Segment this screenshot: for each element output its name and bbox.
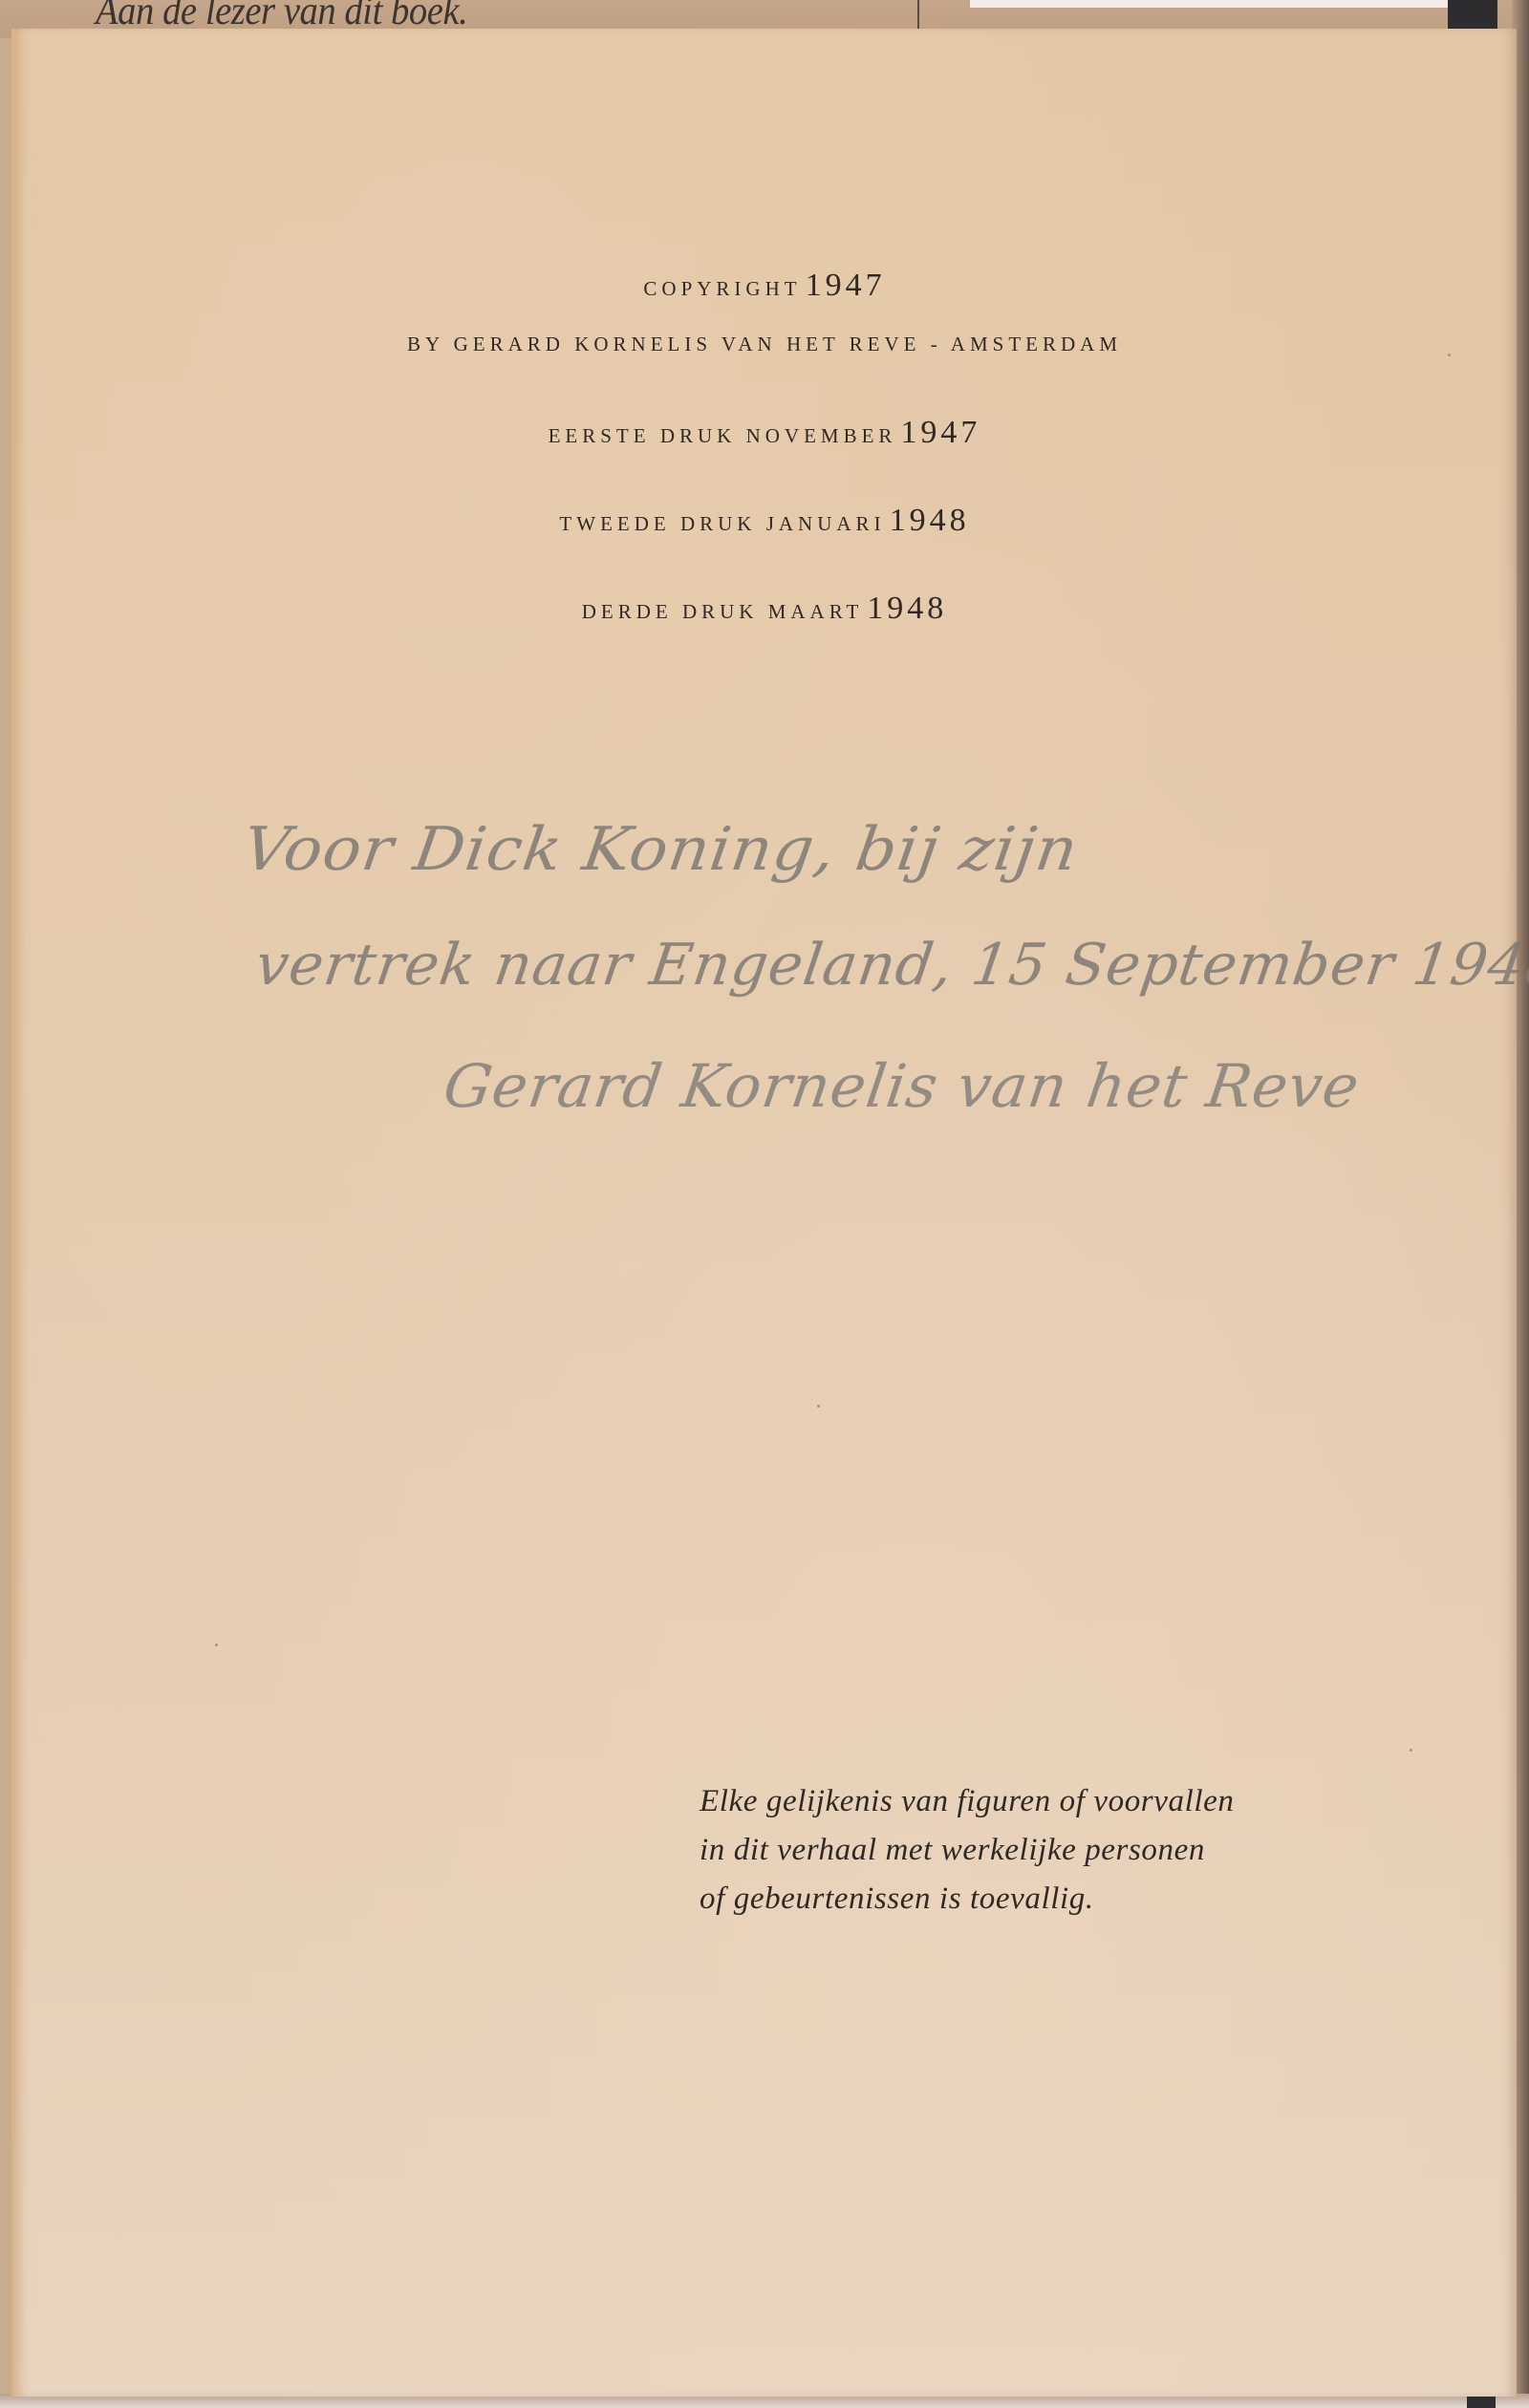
disclaimer-line: of gebeurtenissen is toevallig. <box>700 1875 1349 1924</box>
dark-cover-corner <box>1448 0 1497 31</box>
edition-label: DERDE DRUK MAART <box>582 600 864 623</box>
author-line: BY GERARD KORNELIS VAN HET REVE - AMSTER… <box>0 333 1529 356</box>
edition-line-1: EERSTE DRUK NOVEMBER 1947 <box>0 415 1529 451</box>
paper-fleck <box>817 1405 820 1408</box>
edition-year: 1947 <box>900 415 980 450</box>
paper-fleck <box>1410 1749 1412 1752</box>
disclaimer-line: in dit verhaal met werkelijke personen <box>700 1826 1349 1875</box>
paper-fleck <box>215 1644 218 1646</box>
book-page <box>11 29 1517 2397</box>
handwritten-signature: Gerard Kornelis van het Reve <box>440 1051 1365 1121</box>
sheet-edge-divider <box>917 0 919 31</box>
edition-line-2: TWEEDE DRUK JANUARI 1948 <box>0 503 1529 539</box>
edition-label: EERSTE DRUK NOVEMBER <box>549 424 897 447</box>
fiction-disclaimer: Elke gelijkenis van figuren of voorvalle… <box>700 1777 1349 1924</box>
edition-label: TWEEDE DRUK JANUARI <box>559 512 885 535</box>
disclaimer-line: Elke gelijkenis van figuren of voorvalle… <box>700 1777 1349 1826</box>
author-text: BY GERARD KORNELIS VAN HET REVE - AMSTER… <box>407 333 1122 355</box>
copyright-line: COPYRIGHT 1947 <box>0 268 1529 304</box>
handwritten-inscription-line-2: vertrek naar Engeland, 15 September 1948… <box>251 932 1529 999</box>
edition-year: 1948 <box>867 591 947 626</box>
edition-line-3: DERDE DRUK MAART 1948 <box>0 591 1529 627</box>
copyright-year: 1947 <box>806 268 886 303</box>
handwritten-inscription-line-1: Voor Dick Koning, bij zijn <box>239 814 1083 884</box>
edition-year: 1948 <box>890 503 970 538</box>
paper-edge-strip <box>970 0 1457 8</box>
copyright-label: COPYRIGHT <box>643 277 801 300</box>
